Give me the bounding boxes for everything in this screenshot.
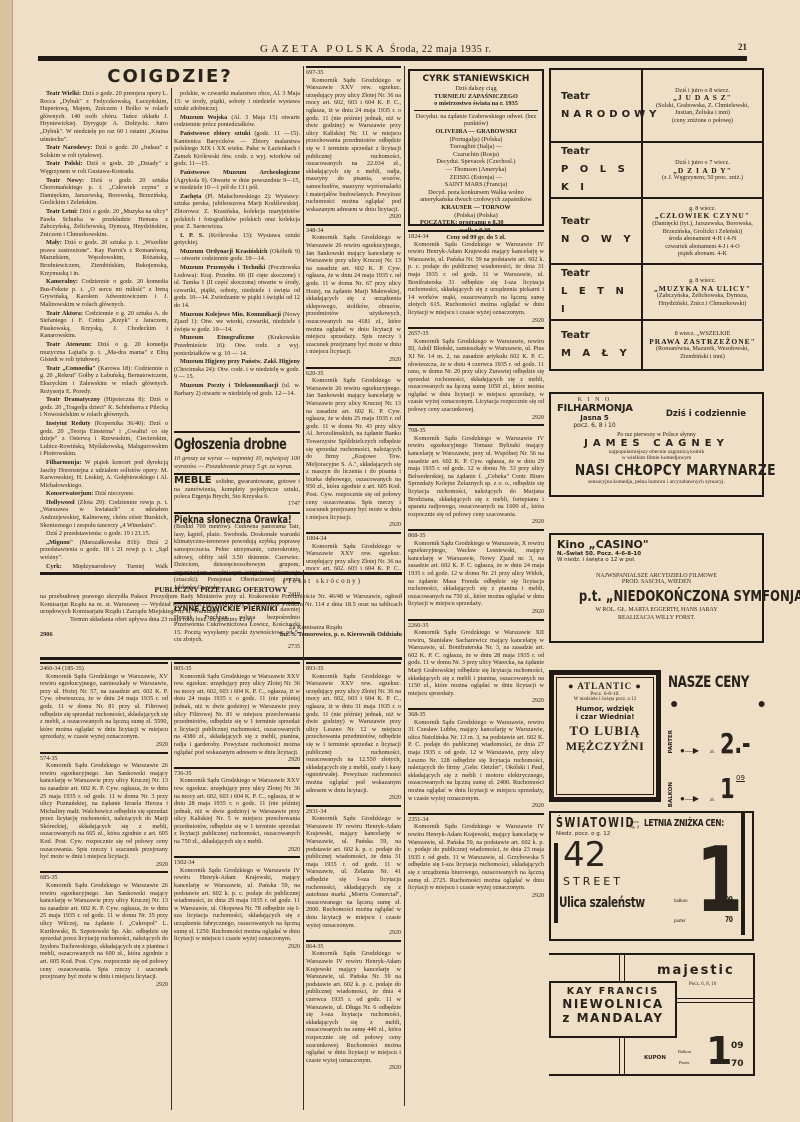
theatre-program: g. 8 wiecz.„MUZYKA NA ULICY"(Zabczyńska,… — [643, 265, 762, 319]
notice-number: 2920 — [408, 415, 544, 423]
court-notice: 368-35Komornik Sądu Grodzkiego w Warszaw… — [408, 708, 544, 811]
divider — [414, 110, 538, 111]
sunday-times: W niedz. i święta o 12 w poł. — [557, 557, 756, 563]
notice-body: Komornik Sądu Grodzkiego w Warszawie, XV… — [40, 673, 168, 741]
listing-venue: Teatr Narodowy: — [46, 144, 95, 151]
program-line: środa abonament 4-H i 4-N — [647, 235, 758, 243]
court-notice: 893-35Komornik Sądu Grodzkiego w Warszaw… — [306, 662, 401, 803]
listing-entry: Teatr Aktora: Codziennie o g. 20 sztuka … — [40, 310, 168, 340]
notice-id: 805-35 — [174, 665, 300, 673]
dot-icon: ● — [758, 697, 766, 713]
theatre-program: g. 8 wiecz.„CZŁOWIEK CZYNU"(Damięcki (ty… — [643, 199, 762, 263]
daily-label: Dziś i codziennie — [666, 397, 756, 429]
court-notice: 805-35Komornik Sądu Grodzkiego w Warszaw… — [174, 662, 300, 765]
decorative-bar — [741, 813, 745, 935]
producer: PROD. SASCHA, WIEDEŃ — [557, 579, 756, 585]
decorative-bar — [554, 843, 558, 923]
bout-line: KRAUSER — TORNOW — [414, 204, 538, 212]
listing-entry: Teatr Dramatyczny (Hipoteczna 8): Dziś o… — [40, 396, 168, 419]
ad-headline: MEBLE — [174, 475, 216, 486]
notice-number: 2920 — [40, 982, 168, 990]
sunday-times: W niedziele i święta pocz. o 12 — [559, 697, 651, 702]
court-notice: 736-35Komornik Sądu Grodzkiego w Warszaw… — [174, 767, 300, 855]
notice-number: 2920 — [174, 944, 300, 952]
currency: zł. — [710, 798, 715, 803]
coigdzie-column-1: Teatr Wielki: Dziś o godz. 20 premjera o… — [40, 90, 168, 570]
director: REALIZACJA WILLY FORST. — [557, 615, 756, 621]
theatre-word: Teatr — [561, 88, 641, 106]
listing-venue: Kameralny: — [46, 278, 82, 285]
court-notice: 2657-35Komornik Sądu Grodzkiego w Warsza… — [408, 327, 544, 422]
listing-entry: Teatr Wielki: Dziś o godz. 20 premjera o… — [40, 90, 168, 143]
cinema-name: majestic — [657, 963, 735, 978]
court-notice: 1824-34Komornik Sądu Grodzkiego w Warsza… — [408, 230, 544, 325]
notice-id: 2351-34 — [408, 816, 544, 824]
column-divider — [303, 66, 304, 566]
listing-venue: Muzeum Wojska — [180, 114, 231, 121]
notice-body: Komornik Sądu Grodzkiego w Warszawie IV … — [408, 435, 544, 519]
bout-line: SAINT MARS (Francja) — [414, 181, 538, 189]
theatre-word: Teatr — [561, 143, 641, 161]
program-line: „CZŁOWIEK CZYNU" — [647, 212, 758, 220]
filharmonja-ad: K I N O FILHARMONJA Jasna 5 pocz. 6, 8 i… — [549, 392, 764, 497]
coigdzie-column-2: polskie, w czwartki malarstwo obce, Al. … — [174, 90, 300, 430]
listing-venue: Państwowe zbiory sztuki — [180, 130, 254, 137]
notice-number: 2920 — [306, 357, 401, 365]
notice-number: 2920 — [40, 862, 168, 870]
court-notice: 685-35Komornik Sądu Grodzkiego w Warszaw… — [40, 871, 168, 989]
court-notice: 868-35Komornik Sądu Grodzkiego w Warszaw… — [408, 529, 544, 617]
notice-number: 2920 — [408, 318, 544, 326]
listing-entry: Hollywood (Złota 29): Codziennie rewja p… — [40, 499, 168, 529]
tagline: sensacyjna komedja, pełna humoru i arcyz… — [557, 479, 756, 485]
theatre-word: Teatr — [561, 327, 641, 345]
listing-venue: Muzeum Etnograficzne — [180, 334, 268, 341]
listing-venue: Muzeum Ordynacji Krasińskich — [180, 248, 270, 255]
listing-entry: Kameralny: Codziennie o godz. 20 komedia… — [40, 278, 168, 308]
notice-number: 2920 — [306, 522, 401, 530]
theatre-title: P O L S K I — [561, 161, 641, 197]
program-line: czwartek abonament 4-J i 4-O — [647, 243, 758, 251]
tender-signature: Za Komisarza Rządu — [40, 624, 402, 632]
listing-entry: Muzeum Etnograficzne (Krakowskie Przedmi… — [174, 334, 300, 357]
coigdzie-title: COIGDZIE? — [40, 66, 300, 87]
circus-ad: CYRK STANIEWSKICH Dziś dalszy ciągTURNIE… — [408, 69, 544, 226]
parter-cents: 70 — [731, 1059, 744, 1069]
balkon-cents: 09 — [725, 895, 733, 904]
notice-number: 2920 — [174, 757, 300, 765]
notice-body: Komornik Sądu Grodzkiego w Warszawie XII… — [408, 629, 544, 697]
theatre-word: Teatr — [561, 265, 641, 283]
arrow-icon: ●—▶ — [680, 746, 699, 755]
program-line: (z J. Węgrzynem; 50 proc. zniż.) — [647, 174, 758, 182]
atlantic-ad: ● ATLANTIC ● Pocz. 6-8-10. W niedziele i… — [549, 670, 661, 802]
listing-venue: Teatr Polski: — [46, 160, 87, 167]
cinema-name: ŚWIATOWID — [556, 816, 609, 831]
film-number: 42 — [563, 837, 606, 873]
tender-signatory: Inż. S. Tomorowicz, p. o. Kierownik Oddz… — [280, 631, 402, 639]
notice-id: 868-35 — [408, 532, 544, 540]
notices-column-d: 805-35Komornik Sądu Grodzkiego w Warszaw… — [174, 662, 300, 1110]
notice-body: Komornik Sądu Grodzkiego w Warszawie, re… — [408, 719, 544, 803]
showtimes: pocz. 6, 8 i 10 — [557, 422, 632, 429]
film-box: KAY FRANCIS NIEWOLNICA z MANDALAY — [549, 981, 677, 1038]
parter-label: parter — [674, 919, 686, 924]
notice-body: Komornik Sądu Grodzkiego w Warszawie 26 … — [306, 234, 401, 356]
listing-venue: Muzeum Higjeny przy Państw. Zakł. Higjen… — [180, 358, 300, 365]
tender-notice: (Tekst skrócony) PUBLICZNY PRZETARG OFER… — [40, 578, 402, 639]
cinema-name: FILHARMONJA — [557, 403, 632, 414]
notice-number: 2920 — [408, 698, 544, 706]
issue-date: Środa, 22 maja 1935 r. — [390, 44, 492, 55]
notice-number: 2920 — [174, 847, 300, 855]
listing-entry: Państwowe zbiory sztuki (godz. 11 —15). … — [174, 130, 300, 168]
listing-entry: Konserwatorjum: Dziś nieczynne. — [40, 490, 168, 498]
listing-entry: Muzeum Wojska (Al. 3 Maja 15) otwarte co… — [174, 114, 300, 129]
theatre-title: N O W Y — [561, 231, 641, 249]
listing-venue: Instytut Reduty — [46, 420, 95, 427]
notice-id: 1004-34 — [306, 535, 401, 543]
notice-id: 2931-34 — [306, 808, 401, 816]
listing-entry: Teatr Polski: Dziś o godz. 20 „Dziady" z… — [40, 160, 168, 175]
start-label: POCZĄTEK: — [420, 219, 457, 226]
film-subtitle: Ulica szaleństw — [559, 895, 645, 911]
court-notice: 2460-34 (185-35)Komornik Sądu Grodzkiego… — [40, 662, 168, 750]
listing-venue: Państwowe Muzeum Archeologiczne — [180, 169, 300, 176]
balkon-cents: 09 — [731, 1041, 744, 1051]
listing-entry: Muzeum Kolejowe Min. Komunikacji (Nowy Z… — [174, 311, 300, 334]
notice-body: Komornik Sądu Grodzkiego w Warszawie, re… — [408, 338, 544, 414]
listing-venue: Muzeum Kolejowe Min. Komunikacji — [180, 311, 283, 318]
court-notice: 708-35Komornik Sądu Grodzkiego w Warszaw… — [408, 424, 544, 527]
circus-bouts: Decydui. na żądanie Grabowskiego odwet. … — [414, 113, 538, 219]
theatre-name: TeatrM A Ł Y — [551, 321, 643, 369]
kupon-label: KUPON — [644, 1055, 666, 1061]
court-notice: 1502-34Komornik Sądu Grodzkiego w Warsza… — [174, 856, 300, 951]
parter-label: PARTER — [668, 730, 674, 754]
notice-id: 685-35 — [40, 874, 168, 882]
theatre-row: TeatrP O L S K IDziś i jutro o 7 wiecz.„… — [551, 143, 762, 199]
listing-entry: Mały: Dziś o godz. 20 sztuka p. t. „Wsze… — [40, 239, 168, 277]
theatre-row: TeatrL E T N Ig. 8 wiecz.„MUZYKA NA ULIC… — [551, 265, 762, 321]
circus-intro: Dziś dalszy ciągTURNIEJU ZAPAŚNICZEGOo m… — [414, 85, 538, 108]
page-number: 21 — [738, 42, 747, 52]
theatre-listings: TeatrNARODOWYDziś i jutro o 8 wiecz.„J U… — [549, 68, 764, 371]
bout-line: Travaglini (Italja) — — [414, 143, 538, 151]
currency: zł. — [710, 750, 715, 755]
listing-entry: Teatr Nowy: Dziś o godz. 20 sztuka Choro… — [40, 177, 168, 207]
notice-body: Komornik Sądu Grodzkiego w Warszawie IV … — [174, 867, 300, 943]
notice-body: Komornik Sądu Grodzkiego w Warszawie XXV… — [174, 673, 300, 757]
court-notice: 1004-34Komornik Sądu Grodzkiego w Warsza… — [306, 532, 401, 570]
theatre-row: TeatrN O W Yg. 8 wiecz.„CZŁOWIEK CZYNU"(… — [551, 199, 762, 265]
circus-line: TURNIEJU ZAPAŚNICZEGO — [414, 93, 538, 101]
listing-entry: Zachęta (Pl. Małachowskiego 2): Wystawy:… — [174, 193, 300, 231]
notice-id: 697-35 — [306, 69, 401, 77]
notice-number: 2920 — [408, 609, 544, 617]
bout-line: Czaruchin (Rosja) — [414, 151, 538, 159]
dot-icon: ● — [670, 697, 678, 713]
notice-id: 2260-35 — [408, 622, 544, 630]
divider — [40, 657, 402, 660]
parter-cents: 70 — [725, 915, 733, 924]
balkon-label: balkon — [674, 899, 688, 904]
column-divider — [303, 570, 304, 1110]
dot-icon: ● — [568, 681, 574, 691]
listing-entry: Teatr „Comoedia" (Karowa 18): Codziennie… — [40, 365, 168, 395]
balkon-price: 1 — [720, 772, 734, 805]
listing-entry: Muzeum Higjeny przy Państw. Zakł. Higjen… — [174, 358, 300, 381]
tender-body: na przebudowę prawego skrzydła Pałacu Pr… — [40, 593, 402, 616]
notice-id: 893-35 — [306, 665, 401, 673]
listing-venue: Cyrk: — [46, 563, 72, 570]
listing-entry: I. P. S. (Królewska 13): Wystawa sztuki … — [174, 232, 300, 247]
listing-venue: Muzeum Poczty i Telekomunikacji — [180, 382, 282, 389]
notice-body: Komornik Sądu Grodzkiego w Warszawie XXV… — [306, 673, 401, 795]
notice-id: 708-35 — [408, 427, 544, 435]
parter-label: Parter — [679, 1060, 690, 1065]
notice-body: Komornik Sądu Grodzkiego w Warszawie XXV… — [306, 77, 401, 214]
notice-number: 2920 — [408, 519, 544, 527]
film-title-1: NIEWOLNICA — [555, 997, 671, 1011]
listing-venue: Teatr Letni: — [46, 208, 80, 215]
cast: W ROL. GŁ. MARTA EGGERTH, HANS JARAY — [557, 607, 756, 613]
circus-line: Dziś dalszy ciąg — [414, 85, 538, 93]
notice-body: Komornik Sądu Grodzkiego w Warszawie IV … — [408, 241, 544, 317]
listing-entry: Cyrk: Międzynarodowy Turniej Walk Zapaśn… — [40, 563, 168, 570]
ad-number: 1747 — [174, 501, 300, 509]
notices-column-c: 2460-34 (185-35)Komornik Sądu Grodzkiego… — [40, 662, 168, 1110]
notice-number: 2920 — [408, 803, 544, 811]
notice-id: 2460-34 (185-35) — [40, 665, 168, 673]
divider — [40, 572, 402, 575]
ad-headline: Piękna słoneczna Orawka! — [174, 516, 296, 524]
majestic-ad: majestic Pocz. 6, 8, 10 KAY FRANCIS NIEW… — [549, 953, 755, 1076]
bout-line: — Thomson (Ameryka) — [414, 166, 538, 174]
listing-venue: Teatr Ateneum: — [46, 341, 98, 348]
listing-venue: Teatr Wielki: — [46, 90, 83, 97]
showtimes: Pocz. 6, 8, 10 — [689, 982, 716, 987]
notice-body: Komornik Sądu Grodzkiego w Warszawie XXV… — [174, 777, 300, 845]
theatre-program: 8 wiecz. „WSZELKIEPRAWA ZASTRZEŻONE"(Rom… — [643, 321, 762, 369]
court-notice: 2931-34Komornik Sądu Grodzkiego w Warsza… — [306, 805, 401, 938]
listing-entry: Dziś 2 przedstawienia: o godz. 19 i 21.1… — [40, 530, 168, 538]
program-line: piątek abonam. 4-K — [647, 250, 758, 258]
cinema-address: Jasna 5 — [557, 414, 632, 422]
listing-entry: Teatr Ateneum: Dziś o g. 20 komedja muzy… — [40, 341, 168, 364]
theatre-name: TeatrL E T N I — [551, 265, 643, 319]
notice-body: Komornik Sądu Grodzkiego w Warszawie 26 … — [40, 762, 168, 861]
film-word: STREET — [563, 875, 623, 888]
listing-entry: Muzeum Ordynacji Krasińskich (Okólnik 9)… — [174, 248, 300, 263]
listing-venue: Muzeum Przemysłu i Techniki — [180, 264, 268, 271]
program-line: „D Z I A D Y" — [647, 167, 758, 175]
bout-line: (Portugalja) (Polska) — [414, 136, 538, 144]
notice-id: 864-35 — [306, 943, 401, 951]
theatre-program: Dziś i jutro o 7 wiecz.„D Z I A D Y"(z J… — [643, 143, 762, 197]
notice-number: 2920 — [306, 795, 401, 803]
notice-id: 1824-34 — [408, 233, 544, 241]
notice-number: 2920 — [40, 742, 168, 750]
listing-venue: Zachęta — [180, 193, 205, 200]
court-notice: 2260-35Komornik Sądu Grodzkiego w Warsza… — [408, 619, 544, 707]
circus-title: CYRK STANIEWSKICH — [414, 74, 538, 85]
listing-venue: Teatr Aktora: — [46, 310, 85, 317]
program-line: (Romanówna, Mazurek, Wesołowski, Ziembiń… — [647, 345, 758, 360]
start-program: programu o 8.30 — [459, 219, 504, 226]
court-notice: 574-35Komornik Sądu Grodzkiego w Warszaw… — [40, 752, 168, 870]
notices-column-e: 893-35Komornik Sądu Grodzkiego w Warszaw… — [306, 662, 401, 1110]
listing-venue: Filharmonja: — [46, 459, 85, 466]
page-edge — [0, 0, 13, 1122]
classified-ad: MEBLE solidne, gwarantowane, gotowe i na… — [174, 473, 300, 508]
notice-id: 574-35 — [40, 755, 168, 763]
listing-entry: polskie, w czwartki malarstwo obce, Al. … — [174, 90, 300, 113]
arrow-icon: ●—▶ — [680, 794, 699, 803]
listing-venue: „Mignon" — [46, 539, 80, 546]
balkon-label: BALKON — [668, 782, 674, 807]
header-rule — [38, 56, 747, 61]
notice-body: Komornik Sądu Grodzkiego w Warszawie IV … — [408, 823, 544, 891]
court-notice: 620-35Komornik Sądu Grodzkiego w Warszaw… — [306, 367, 401, 530]
court-notice: 348-34Komornik Sądu Grodzkiego w Warszaw… — [306, 224, 401, 365]
listing-entry: Teatr Narodowy: Dziś o godz. 20 „Judasz"… — [40, 144, 168, 159]
bout-line: (Polska) (Polska) — [414, 212, 538, 220]
cinema-name: Kino „CASINO" — [557, 538, 756, 551]
listing-venue: Teatr „Comoedia" — [46, 365, 98, 372]
notice-id: 2657-35 — [408, 330, 544, 338]
notices-column-a: 697-35Komornik Sądu Grodzkiego w Warszaw… — [306, 66, 401, 570]
film-title-1: TO LUBIĄ — [559, 723, 651, 739]
program-line: (Solski, Grabowska, Z. Chmielewski, Just… — [647, 102, 758, 117]
notice-body: Komornik Sądu Grodzkiego w Warszawie 26 … — [40, 882, 168, 981]
notice-number: 2920 — [306, 214, 401, 222]
theatre-title: NARODOWY — [561, 106, 641, 124]
notice-body: Komornik Sądu Grodzkiego w Warszawie 26 … — [306, 377, 401, 521]
listing-venue: Teatr Dramatyczny — [46, 396, 104, 403]
swiatowid-ad: ŚWIATOWID pocz. og. 4 LETNIA ZNIŻKA CEN:… — [549, 811, 754, 941]
listing-entry: Muzeum Poczty i Telekomunikacji (ul. w. … — [174, 382, 300, 397]
bout-line: Decydui. na żądanie Grabowskiego odwet. … — [414, 113, 538, 128]
cinema-name: ● ATLANTIC ● — [559, 681, 651, 691]
court-notice: 2351-34Komornik Sądu Grodzkiego w Warsza… — [408, 813, 544, 901]
listing-entry: Filharmonja: W piątek koncert pod dyrekc… — [40, 459, 168, 489]
classifieds-title: Ogłoszenia drobne — [174, 435, 302, 453]
ad-number: 2735 — [174, 644, 300, 652]
listing-entry: Państwowe Muzeum Archeologiczne (Agrykol… — [174, 169, 300, 192]
listing-venue: Teatr Nowy: — [46, 177, 91, 184]
big-price: 1 — [706, 1031, 732, 1071]
program-line: (ceny zniżone o połowę) — [647, 117, 758, 125]
notice-number: 2920 — [306, 930, 401, 938]
theatre-program: Dziś i jutro o 8 wiecz.„J U D A S Z"(Sol… — [643, 70, 762, 141]
theatre-title: L E T N I — [561, 283, 641, 319]
newspaper-title: GAZETA POLSKA — [260, 43, 387, 55]
notice-number: 2920 — [408, 893, 544, 901]
notices-column-b: 1824-34Komornik Sądu Grodzkiego w Warsza… — [408, 230, 544, 1110]
column-divider — [171, 662, 172, 1110]
bout-line: OLIVEIRA — GRABOWSKI — [414, 128, 538, 136]
notice-body: Komornik Sądu Grodzkiego w Warszawie, X … — [408, 540, 544, 608]
notice-id: 1502-34 — [174, 859, 300, 867]
bout-line: Decydui. Spevacek (Czechosl.) — [414, 158, 538, 166]
tender-title: PUBLICZNY PRZETARG OFERTOWY — [40, 586, 402, 594]
theatre-row: TeatrNARODOWYDziś i jutro o 8 wiecz.„J U… — [551, 70, 762, 143]
program-line: „J U D A S Z" — [647, 94, 758, 102]
divider — [174, 431, 300, 433]
balkon-label: Balkon — [678, 1049, 691, 1054]
tagline-1: Humor, wdzięk — [559, 705, 651, 713]
notice-body: Komornik Sądu Grodzkiego w Warszawie IV … — [306, 950, 401, 1064]
big-price: 1 — [696, 833, 743, 929]
notice-body: Komornik Sądu Grodzkiego w Warszawie IV … — [306, 815, 401, 929]
program-line: (Damięcki (tyt.), Jarszewska, Borowska, … — [647, 220, 758, 235]
listing-entry: Teatr Letni: Dziś o godz. 20 „Muzyka na … — [40, 208, 168, 238]
prices-panel: NASZE CENY ●● PARTER ●—▶ zł. 2.- BALKON … — [668, 672, 768, 802]
column-divider — [171, 88, 172, 568]
notice-id: 368-35 — [408, 711, 544, 719]
theatre-row: TeatrM A Ł Y8 wiecz. „WSZELKIEPRAWA ZAST… — [551, 321, 762, 369]
theatre-word: Teatr — [561, 213, 641, 231]
bout-line: Decyd. poza konkursem Walka wolno ameryk… — [414, 189, 538, 204]
notice-body: Komornik Sądu Grodzkiego w Warszawie XXV… — [306, 543, 401, 570]
theatre-name: TeatrP O L S K I — [551, 143, 643, 197]
casino-ad: Kino „CASINO" N.-Świat 50. Pocz. 4-6-8-1… — [549, 533, 764, 643]
masthead: GAZETA POLSKA Środa, 22 maja 1935 r. — [260, 43, 492, 55]
notice-id: 620-35 — [306, 370, 401, 378]
theatre-title: M A Ł Y — [561, 345, 641, 363]
program-line: (Zabczyńska, Żelichowska, Dymsza, Hnydzi… — [647, 292, 758, 307]
listing-venue: Konserwatorjum: — [46, 490, 95, 497]
theatre-name: TeatrN O W Y — [551, 199, 643, 263]
star-name: KAY FRANCIS — [555, 986, 671, 997]
notice-id: 736-35 — [174, 770, 300, 778]
star-name: JAMES CAGNEY — [557, 438, 756, 449]
circus-line: o mistrzostwo świata na r. 1935 — [414, 100, 538, 108]
court-notice: 864-35Komornik Sądu Grodzkiego w Warszaw… — [306, 940, 401, 1073]
parter-price: 2.- — [720, 727, 750, 760]
notice-number: 2920 — [306, 1065, 401, 1073]
tender-deadline: Termin składania ofert upływa dnia 23 ma… — [40, 616, 402, 624]
listing-entry: Instytut Reduty (Kopernika 36/40): Dziś … — [40, 420, 168, 458]
film-title: p.t. „NIEDOKOŃCZONA SYMFONJA" — [579, 587, 734, 605]
tagline-2: i czar Wiednia! — [559, 713, 651, 721]
prices-title: NASZE CENY — [668, 672, 766, 691]
bout-line: ZEISIG (Estonja) — — [414, 174, 538, 182]
balkon-cents: 09 — [736, 774, 745, 782]
program-line: „MUZYKA NA ULICY" — [647, 285, 758, 293]
listing-entry: Muzeum Przemysłu i Techniki (Pocztowska … — [174, 264, 300, 310]
notice-id: 348-34 — [306, 227, 401, 235]
dot-icon: ● — [635, 681, 641, 691]
column-divider — [404, 66, 405, 1106]
court-notice: 697-35Komornik Sądu Grodzkiego w Warszaw… — [306, 66, 401, 222]
listing-venue: I. P. S. — [180, 232, 209, 239]
film-title-2: MĘŻCZYŹNI — [559, 739, 651, 754]
theatre-name: TeatrNARODOWY — [551, 70, 643, 141]
program-line: PRAWA ZASTRZEŻONE" — [647, 338, 758, 346]
tender-number: 2906 — [40, 631, 53, 639]
listing-venue: Hollywood — [46, 499, 78, 506]
classifieds-rate: 10 groszy za wyraz — najmniej 10, najwię… — [174, 455, 300, 470]
film-title-2: z MANDALAY — [555, 1011, 671, 1025]
film-title: NASI CHŁOPCY MARYNARZE — [575, 461, 738, 479]
listing-venue: Mały: — [46, 239, 65, 246]
decorative-dots: ●● — [668, 697, 768, 713]
listing-entry: „Mignon" (Marszałkowska 81b): Dziś 2 prz… — [40, 539, 168, 562]
